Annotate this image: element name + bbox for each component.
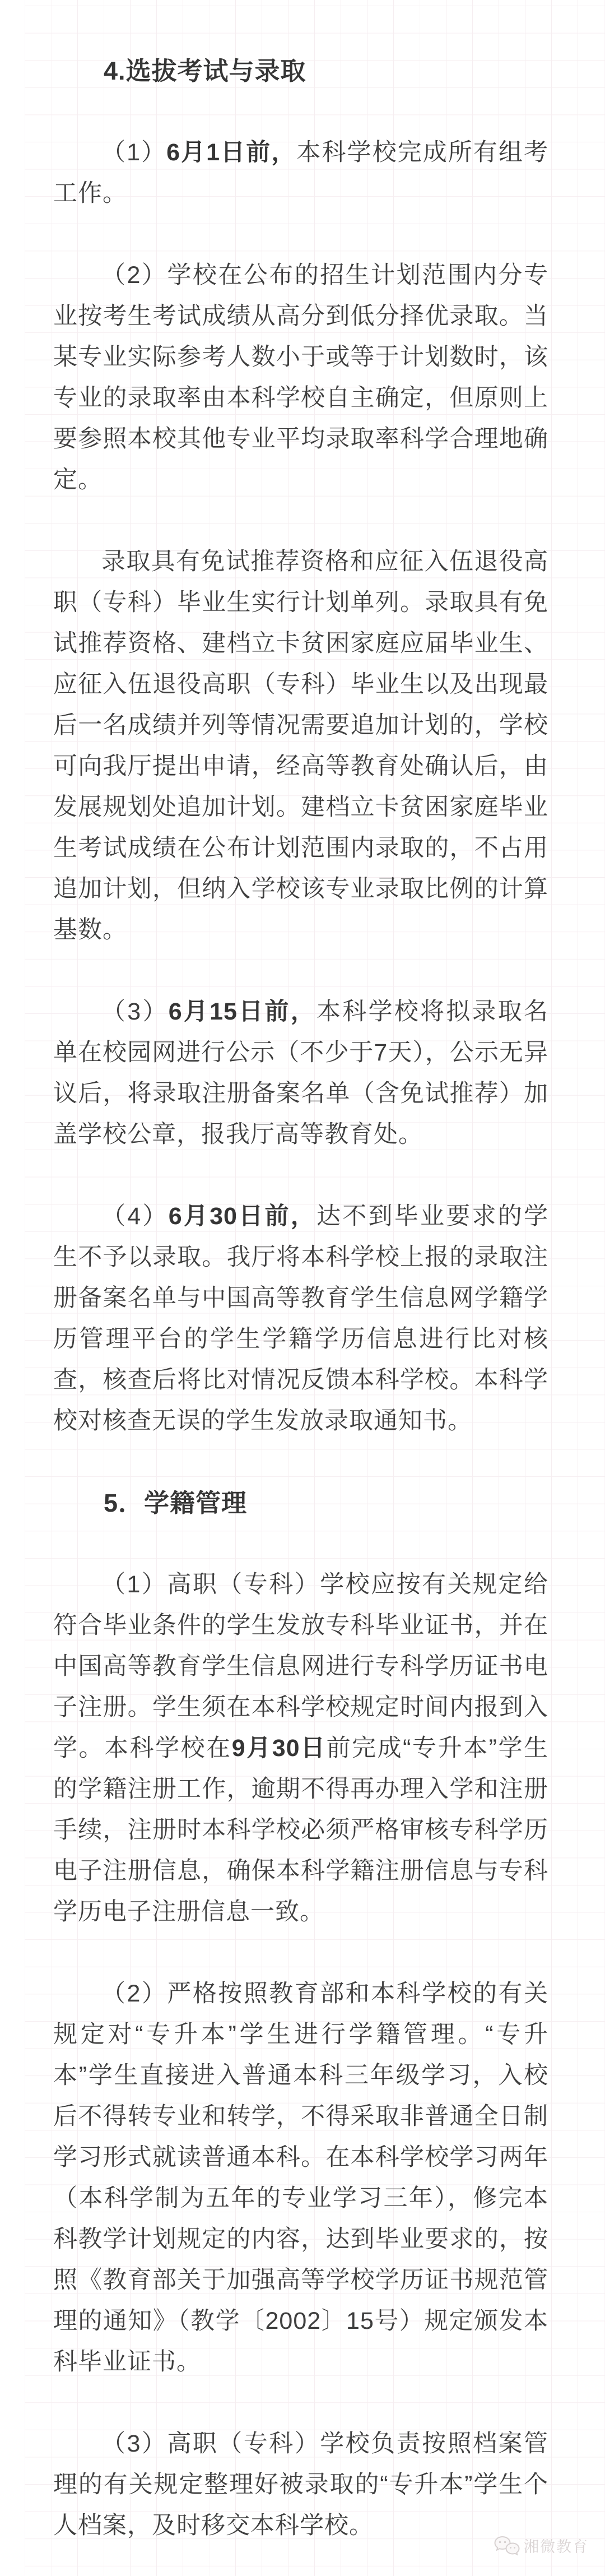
paragraph: （3）高职（专科）学校负责按照档案管理的有关规定整理好被录取的“专升本”学生个人… [53, 2424, 548, 2546]
paragraph: （2）学校在公布的招生计划范围内分专业按考生考试成绩从高分到低分择优录取。当某专… [53, 255, 548, 501]
paragraph: （3）6月15日前，本科学校将拟录取名单在校园网进行公示（不少于7天），公示无异… [53, 992, 548, 1155]
article-page: 4.选拔考试与录取（1）6月1日前，本科学校完成所有组考工作。（2）学校在公布的… [0, 0, 605, 2576]
document-body: 4.选拔考试与录取（1）6月1日前，本科学校完成所有组考工作。（2）学校在公布的… [53, 0, 548, 2546]
watermark-label: 湘微教育 [524, 2535, 589, 2556]
paragraph: （1）高职（专科）学校应按有关规定给符合毕业条件的学生发放专科毕业证书，并在中国… [53, 1564, 548, 1933]
paragraph: （4）6月30日前，达不到毕业要求的学生不予以录取。我厅将本科学校上报的录取注册… [53, 1196, 548, 1442]
wechat-bubbles-icon [494, 2535, 520, 2556]
section-heading: 5．学籍管理 [53, 1482, 548, 1523]
watermark: 湘微教育 [494, 2535, 589, 2556]
paragraph: （2）严格按照教育部和本科学校的有关规定对“专升本”学生进行学籍管理。“专升本”… [53, 1973, 548, 2383]
paragraph: 录取具有免试推荐资格和应征入伍退役高职（专科）毕业生实行计划单列。录取具有免试推… [53, 541, 548, 951]
paragraph: （1）6月1日前，本科学校完成所有组考工作。 [53, 132, 548, 214]
left-margin [0, 0, 25, 2576]
section-heading: 4.选拔考试与录取 [53, 50, 548, 91]
